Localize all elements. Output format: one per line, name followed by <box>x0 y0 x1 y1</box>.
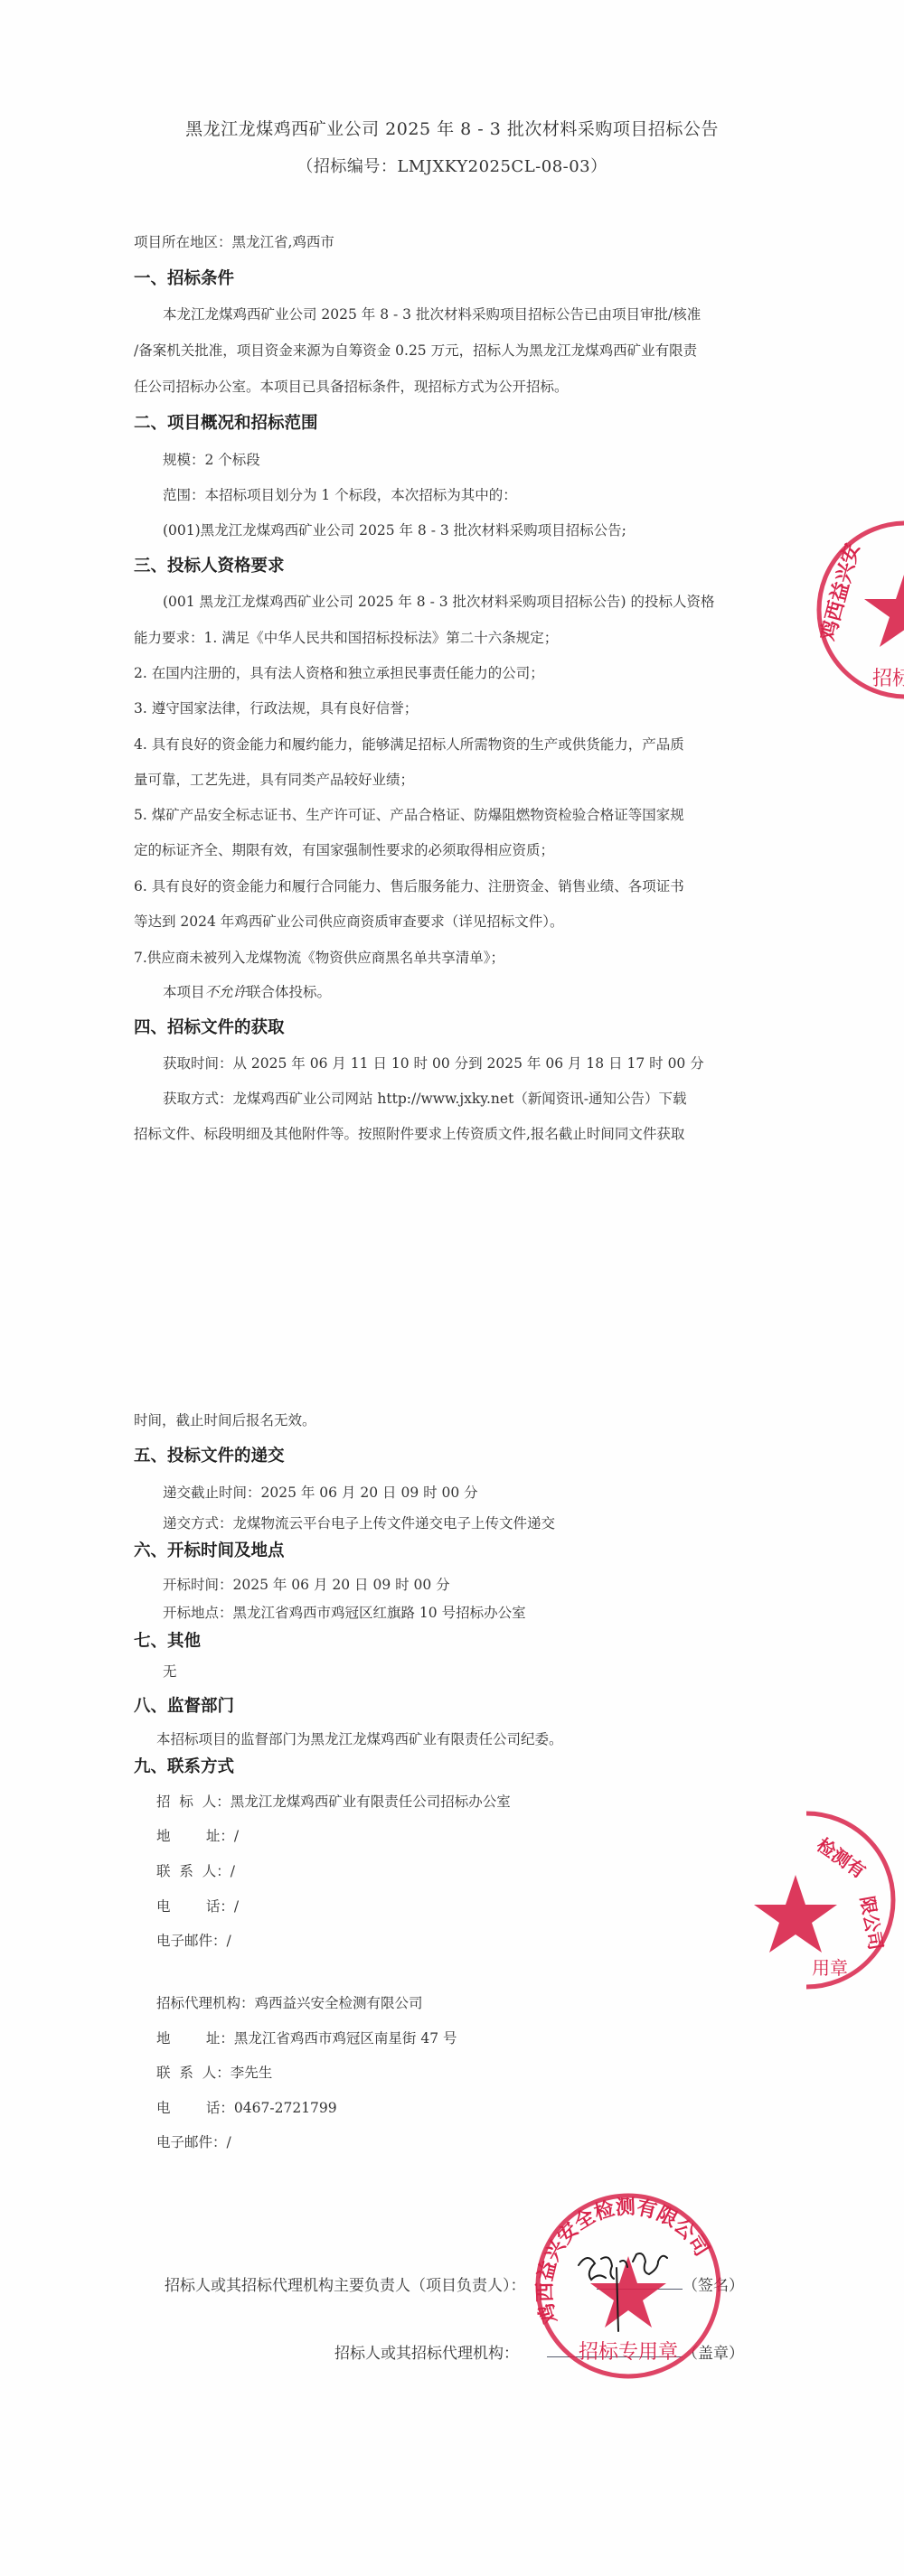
section-heading-7: 七、其他 <box>134 1628 201 1652</box>
section-heading-4: 四、招标文件的获取 <box>134 1015 285 1038</box>
section-heading-5: 五、投标文件的递交 <box>134 1443 285 1466</box>
qualification-line-5: 4. 具有良好的资金能力和履约能力，能够满足招标人所需物资的生产或供货能力，产品… <box>134 734 684 754</box>
qualification-line-7: 5. 煤矿产品安全标志证书、生产许可证、产品合格证、防爆阻燃物资检验合格证等国家… <box>134 804 684 824</box>
document-page: 黑龙江龙煤鸡西矿业公司 2025 年 8 - 3 批次材料采购项目招标公告 （招… <box>0 0 904 2576</box>
section-1-line-2: /备案机关批准，项目资金来源为自筹资金 0.25 万元，招标人为黑龙江龙煤鸡西矿… <box>134 340 697 360</box>
official-seal-icon: 鸡西益兴安 招标专 <box>814 506 904 714</box>
opening-time: 开标时间：2025 年 06 月 20 日 09 时 00 分 <box>163 1574 450 1594</box>
agency-contact: 联 系 人：李先生 <box>156 2062 272 2082</box>
svg-text:检测有: 检测有 <box>813 1833 870 1882</box>
submission-method: 递交方式：龙煤物流云平台电子上传文件递交电子上传文件递交 <box>163 1513 555 1532</box>
qualification-line-4: 3. 遵守国家法律，行政法规，具有良好信誉； <box>134 698 418 717</box>
qualification-line-1: (001 黑龙江龙煤鸡西矿业公司 2025 年 8 - 3 批次材料采购项目招标… <box>163 591 715 611</box>
qualification-line-2: 能力要求：1. 满足《中华人民共和国招标投标法》第二十六条规定； <box>134 627 558 647</box>
agency-phone: 电 话：0467-2721799 <box>156 2097 337 2117</box>
agency-address: 地 址：黑龙江省鸡西市鸡冠区南星街 47 号 <box>156 2028 457 2047</box>
acquisition-time: 获取时间：从 2025 年 06 月 11 日 10 时 00 分到 2025 … <box>163 1053 704 1073</box>
svg-text:招标专: 招标专 <box>872 668 904 690</box>
qualification-line-6: 量可靠，工艺先进，具有同类产品较好业绩； <box>134 769 414 789</box>
section-heading-1: 一、招标条件 <box>134 266 234 289</box>
qualification-line-9: 6. 具有良好的资金能力和履行合同能力、售后服务能力、注册资金、销售业绩、各项证… <box>134 876 684 895</box>
scope-line: 范围：本招标项目划分为 1 个标段，本次招标为其中的： <box>163 484 517 504</box>
qualification-line-8: 定的标证齐全、期限有效，有国家强制性要求的必须取得相应资质； <box>134 839 554 859</box>
qualification-line-10: 等达到 2024 年鸡西矿业公司供应商资质审查要求（详见招标文件）。 <box>134 911 564 931</box>
acquisition-method: 获取方式：龙煤鸡西矿业公司网站 http://www.jxky.net（新闻资讯… <box>163 1088 687 1108</box>
qualification-line-3: 2. 在国内注册的，具有法人资格和独立承担民事责任能力的公司； <box>134 662 544 682</box>
official-seal-icon: 检测有 限公司 用章 <box>705 1803 904 2001</box>
qualification-line-11: 7.供应商未被列入龙煤物流《物资供应商黑名单共享清单》； <box>134 947 504 967</box>
opening-location: 开标地点：黑龙江省鸡西市鸡冠区红旗路 10 号招标办公室 <box>163 1602 526 1622</box>
consortium-note: 本项目不允许联合体投标。 <box>163 981 331 1001</box>
supervision-content: 本招标项目的监督部门为黑龙江龙煤鸡西矿业有限责任公司纪委。 <box>156 1728 563 1748</box>
section-heading-9: 九、联系方式 <box>134 1754 234 1777</box>
section-heading-8: 八、监督部门 <box>134 1693 234 1717</box>
agency-email: 电子邮件：/ <box>156 2131 231 2151</box>
tenderer-phone: 电 话：/ <box>156 1896 239 1916</box>
acquisition-method-end: 时间，截止时间后报名无效。 <box>134 1410 316 1429</box>
svg-text:限公司: 限公司 <box>856 1895 887 1952</box>
section-heading-2: 二、项目概况和招标范围 <box>134 410 318 434</box>
lot-line: (001)黑龙江龙煤鸡西矿业公司 2025 年 8 - 3 批次材料采购项目招标… <box>163 520 626 539</box>
section-heading-3: 三、投标人资格要求 <box>134 553 285 576</box>
section-1-line-1: 本龙江龙煤鸡西矿业公司 2025 年 8 - 3 批次材料采购项目招标公告已由项… <box>163 304 763 323</box>
agency-name: 招标代理机构：鸡西益兴安全检测有限公司 <box>156 1992 423 2012</box>
other-content: 无 <box>163 1661 177 1681</box>
section-1-line-3: 任公司招标办公室。本项目已具备招标条件，现招标方式为公开招标。 <box>134 376 569 396</box>
document-title: 黑龙江龙煤鸡西矿业公司 2025 年 8 - 3 批次材料采购项目招标公告 <box>0 116 904 140</box>
tenderer-address: 地 址：/ <box>156 1825 239 1845</box>
responsible-person-label: 招标人或其招标代理机构主要负责人（项目负责人）： <box>165 2272 526 2295</box>
tenderer-email: 电子邮件：/ <box>156 1930 231 1950</box>
submission-deadline: 递交截止时间：2025 年 06 月 20 日 09 时 00 分 <box>163 1482 478 1502</box>
tenderer-name: 招 标 人：黑龙江龙煤鸡西矿业有限责任公司招标办公室 <box>156 1791 511 1811</box>
organization-label: 招标人或其招标代理机构： <box>334 2340 519 2363</box>
acquisition-method-cont: 招标文件、标段明细及其他附件等。按照附件要求上传资质文件,报名截止时间同文件获取 <box>134 1123 684 1143</box>
svg-text:招标专用章: 招标专用章 <box>579 2341 678 2364</box>
official-seal-icon: 鸡西益兴安全检测有限公司 招标专用章 <box>533 2191 723 2381</box>
scale-line: 规模：2 个标段 <box>163 449 260 469</box>
tenderer-contact: 联 系 人：/ <box>156 1860 235 1880</box>
section-heading-6: 六、开标时间及地点 <box>134 1538 285 1561</box>
project-region: 项目所在地区：黑龙江省,鸡西市 <box>134 231 334 251</box>
svg-text:用章: 用章 <box>812 1957 848 1979</box>
bid-number: （招标编号：LMJXKY2025CL-08-03） <box>0 154 904 177</box>
